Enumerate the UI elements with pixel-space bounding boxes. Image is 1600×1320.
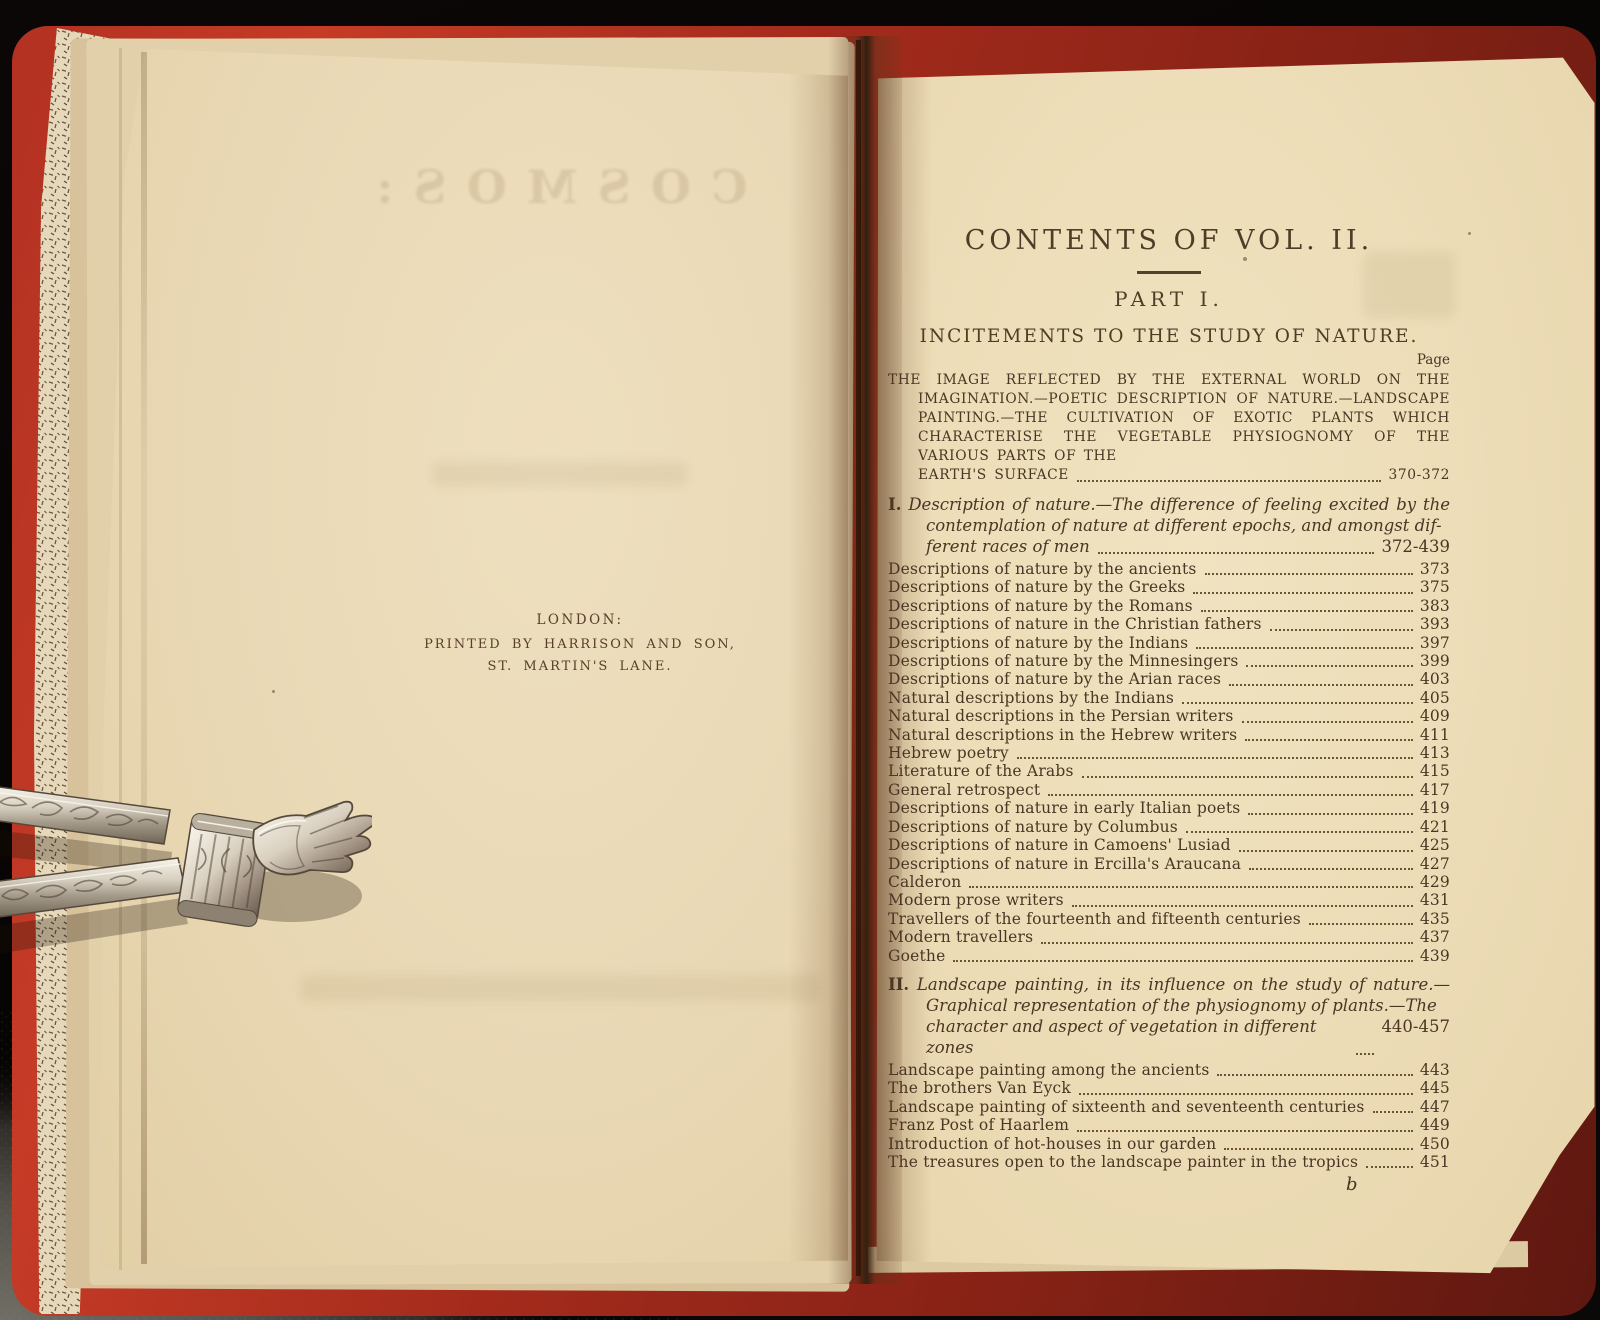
toc-entry-label: Descriptions of nature by the ancients bbox=[888, 560, 1197, 578]
toc-entry-row: Franz Post of Haarlem449 bbox=[888, 1116, 1450, 1134]
toc-section-tail: ferent races of men bbox=[926, 536, 1090, 557]
foxing-speck bbox=[272, 690, 275, 693]
toc-entry-row: Descriptions of nature in the Christian … bbox=[888, 615, 1450, 633]
toc-entry-label: Travellers of the fourteenth and fifteen… bbox=[888, 910, 1301, 928]
dot-leader bbox=[1239, 850, 1413, 852]
toc-entry-label: Goethe bbox=[888, 947, 945, 965]
dot-leader bbox=[1041, 942, 1413, 944]
toc-entry-row: Travellers of the fourteenth and fifteen… bbox=[888, 910, 1450, 928]
toc-entry-row: Calderon429 bbox=[888, 873, 1450, 891]
dot-leader bbox=[1182, 702, 1413, 704]
dot-leader bbox=[1245, 739, 1412, 741]
toc-entry-page: 383 bbox=[1420, 597, 1450, 615]
dot-leader bbox=[1373, 1111, 1413, 1113]
toc-entry-row: Landscape painting among the ancients443 bbox=[888, 1061, 1450, 1079]
dot-leader bbox=[1186, 831, 1413, 833]
toc-entry-label: Descriptions of nature by the Indians bbox=[888, 634, 1188, 652]
toc-entry-label: Descriptions of nature in the Christian … bbox=[888, 615, 1262, 633]
toc-entry-row: Descriptions of nature by Columbus421 bbox=[888, 818, 1450, 836]
dot-leader bbox=[1072, 905, 1413, 907]
toc-entry-row: Hebrew poetry413 bbox=[888, 744, 1450, 762]
dot-leader bbox=[1196, 647, 1412, 649]
bleedthrough-band bbox=[300, 975, 820, 1001]
dot-leader bbox=[1193, 592, 1412, 594]
dot-leader bbox=[1356, 1053, 1374, 1055]
toc-entry-page: 450 bbox=[1420, 1135, 1450, 1153]
dot-leader bbox=[1098, 552, 1375, 554]
toc-entry-page: 415 bbox=[1420, 762, 1450, 780]
toc-entry-page: 429 bbox=[1420, 873, 1450, 891]
toc-entry-row: Descriptions of nature by the Greeks375 bbox=[888, 578, 1450, 596]
part-subtitle: INCITEMENTS TO THE STUDY OF NATURE. bbox=[888, 326, 1450, 347]
toc-entry-page: 449 bbox=[1420, 1116, 1450, 1134]
toc-entry-page: 397 bbox=[1420, 634, 1450, 652]
toc-section-heading: II. Landscape painting, in its influence… bbox=[888, 974, 1450, 1016]
toc-section-heading: I. Description of nature.—The difference… bbox=[888, 494, 1450, 536]
toc-intro-tail-row: EARTH'S SURFACE 370-372 bbox=[888, 466, 1450, 485]
toc-entry-row: Modern prose writers431 bbox=[888, 891, 1450, 909]
toc-entry-label: Natural descriptions by the Indians bbox=[888, 689, 1174, 707]
toc-entry-row: Literature of the Arabs415 bbox=[888, 762, 1450, 780]
toc-entry-page: 393 bbox=[1420, 615, 1450, 633]
toc-section-tail-row: ferent races of men372-439 bbox=[888, 536, 1450, 557]
toc-entry-label: Descriptions of nature in early Italian … bbox=[888, 799, 1240, 817]
dot-leader bbox=[1249, 868, 1413, 870]
toc-entry-label: Hebrew poetry bbox=[888, 744, 1009, 762]
toc-entry-page: 451 bbox=[1420, 1153, 1450, 1171]
toc-entry-row: Introduction of hot-houses in our garden… bbox=[888, 1135, 1450, 1153]
toc-entry-row: Descriptions of nature by the Arian race… bbox=[888, 670, 1450, 688]
dot-leader bbox=[969, 886, 1412, 888]
dot-leader bbox=[1201, 610, 1413, 612]
toc-intro-body: THE IMAGE REFLECTED BY THE EXTERNAL WORL… bbox=[888, 371, 1450, 466]
toc-entry-row: Descriptions of nature by the ancients37… bbox=[888, 560, 1450, 578]
toc-entry-label: Landscape painting among the ancients bbox=[888, 1061, 1209, 1079]
toc-entry-row: Descriptions of nature by the Indians397 bbox=[888, 634, 1450, 652]
dot-leader bbox=[1017, 757, 1413, 759]
dot-leader bbox=[1248, 813, 1412, 815]
dot-leader bbox=[1270, 629, 1413, 631]
toc-entry-row: Natural descriptions in the Persian writ… bbox=[888, 707, 1450, 725]
toc-entry-page: 447 bbox=[1420, 1098, 1450, 1116]
contents-column: CONTENTS OF VOL. II. PART I. INCITEMENTS… bbox=[888, 225, 1450, 1195]
toc-entry-label: Descriptions of nature by the Romans bbox=[888, 597, 1193, 615]
toc-page-range: 370-372 bbox=[1388, 466, 1450, 485]
toc-entry-page: 427 bbox=[1420, 855, 1450, 873]
toc-entry-page: 431 bbox=[1420, 891, 1450, 909]
dot-leader bbox=[1229, 684, 1413, 686]
toc-entry-label: The treasures open to the landscape pain… bbox=[888, 1153, 1358, 1171]
dot-leader bbox=[1242, 721, 1413, 723]
dot-leader bbox=[1205, 573, 1413, 575]
toc-entry-label: Descriptions of nature in Camoens' Lusia… bbox=[888, 836, 1231, 854]
toc-entry-page: 437 bbox=[1420, 928, 1450, 946]
toc-entry-row: Goethe439 bbox=[888, 947, 1450, 965]
toc-intro-entry: THE IMAGE REFLECTED BY THE EXTERNAL WORL… bbox=[888, 371, 1450, 485]
toc-entry-page: 399 bbox=[1420, 652, 1450, 670]
toc-entry-label: Modern prose writers bbox=[888, 891, 1064, 909]
toc-entry-row: Natural descriptions in the Hebrew write… bbox=[888, 726, 1450, 744]
toc-entry-row: Descriptions of nature by the Romans383 bbox=[888, 597, 1450, 615]
imprint-city: LONDON: bbox=[400, 612, 760, 628]
toc-entry-page: 373 bbox=[1420, 560, 1450, 578]
toc-sections: I. Description of nature.—The difference… bbox=[888, 494, 1450, 1171]
foxing-speck bbox=[1468, 232, 1471, 235]
photo-of-open-book: COSMOS: LONDON: PRINTED BY HARRISON AND … bbox=[0, 0, 1600, 1320]
dot-leader bbox=[1048, 794, 1412, 796]
toc-section-body: Description of nature.—The difference of… bbox=[908, 495, 1450, 535]
toc-entry-label: Descriptions of nature by the Greeks bbox=[888, 578, 1185, 596]
toc-entry-page: 405 bbox=[1420, 689, 1450, 707]
toc-entry-row: Descriptions of nature in early Italian … bbox=[888, 799, 1450, 817]
dot-leader bbox=[1082, 776, 1413, 778]
toc-entry-page: 413 bbox=[1420, 744, 1450, 762]
toc-entry-label: Modern travellers bbox=[888, 928, 1033, 946]
toc-intro-tail: EARTH'S SURFACE bbox=[918, 466, 1069, 485]
toc-entry-page: 421 bbox=[1420, 818, 1450, 836]
bleedthrough-band bbox=[432, 462, 687, 486]
dot-leader bbox=[1079, 1093, 1413, 1095]
dot-leader bbox=[1246, 665, 1412, 667]
gutter-line bbox=[856, 40, 861, 1276]
dot-leader bbox=[1077, 480, 1381, 482]
toc-entry-page: 403 bbox=[1420, 670, 1450, 688]
toc-page-range: 372-439 bbox=[1381, 536, 1450, 557]
imprint-address: ST. MARTIN'S LANE. bbox=[400, 659, 760, 674]
toc-entry-label: Landscape painting of sixteenth and seve… bbox=[888, 1098, 1365, 1116]
part-heading: PART I. bbox=[888, 287, 1450, 311]
toc-entry-row: The brothers Van Eyck445 bbox=[888, 1079, 1450, 1097]
contents-title: CONTENTS OF VOL. II. bbox=[888, 225, 1450, 256]
toc-entry-page: 417 bbox=[1420, 781, 1450, 799]
toc-entry-page: 443 bbox=[1420, 1061, 1450, 1079]
toc-entry-page: 409 bbox=[1420, 707, 1450, 725]
toc-entry-label: Descriptions of nature in Ercilla's Arau… bbox=[888, 855, 1241, 873]
signature-mark: b bbox=[888, 1174, 1450, 1195]
toc-entry-label: Descriptions of nature by Columbus bbox=[888, 818, 1178, 836]
bleedthrough-title-cosmos: COSMOS: bbox=[352, 160, 752, 214]
title-rule bbox=[1137, 271, 1201, 274]
toc-entry-label: Calderon bbox=[888, 873, 961, 891]
clasp-hand-icon bbox=[253, 802, 372, 875]
toc-entry-row: Descriptions of nature by the Minnesinge… bbox=[888, 652, 1450, 670]
dot-leader bbox=[1309, 923, 1413, 925]
toc-entry-row: Landscape painting of sixteenth and seve… bbox=[888, 1098, 1450, 1116]
dot-leader bbox=[1366, 1166, 1413, 1168]
toc-section-number: II. bbox=[888, 975, 909, 994]
toc-entry-label: Introduction of hot-houses in our garden bbox=[888, 1135, 1216, 1153]
toc-section-body: Landscape painting, in its influence on … bbox=[917, 975, 1450, 1015]
toc-page-range: 440-457 bbox=[1381, 1016, 1450, 1058]
toc-entry-page: 435 bbox=[1420, 910, 1450, 928]
toc-section-tail-row: character and aspect of vegetation in di… bbox=[888, 1016, 1450, 1058]
dot-leader bbox=[953, 960, 1412, 962]
toc-entry-page: 411 bbox=[1420, 726, 1450, 744]
toc-entry-row: Descriptions of nature in Camoens' Lusia… bbox=[888, 836, 1450, 854]
toc-section-number: I. bbox=[888, 495, 901, 514]
dot-leader bbox=[1077, 1130, 1413, 1132]
printer-imprint: LONDON: PRINTED BY HARRISON AND SON, ST.… bbox=[400, 612, 760, 674]
toc-entry-page: 375 bbox=[1420, 578, 1450, 596]
toc-entry-row: Descriptions of nature in Ercilla's Arau… bbox=[888, 855, 1450, 873]
toc-entry-page: 425 bbox=[1420, 836, 1450, 854]
toc-entry-label: Literature of the Arabs bbox=[888, 762, 1074, 780]
toc-entry-label: Franz Post of Haarlem bbox=[888, 1116, 1069, 1134]
toc-entry-label: Natural descriptions in the Hebrew write… bbox=[888, 726, 1237, 744]
page-column-label: Page bbox=[888, 352, 1450, 368]
toc-entry-label: The brothers Van Eyck bbox=[888, 1079, 1071, 1097]
toc-entry-label: Natural descriptions in the Persian writ… bbox=[888, 707, 1234, 725]
toc-entry-label: Descriptions of nature by the Minnesinge… bbox=[888, 652, 1238, 670]
toc-entry-page: 419 bbox=[1420, 799, 1450, 817]
dot-leader bbox=[1217, 1074, 1412, 1076]
toc-entry-row: The treasures open to the landscape pain… bbox=[888, 1153, 1450, 1171]
clasp-bookmark bbox=[0, 756, 372, 1092]
imprint-printer: PRINTED BY HARRISON AND SON, bbox=[400, 637, 760, 652]
toc-entry-page: 439 bbox=[1420, 947, 1450, 965]
toc-section-tail: character and aspect of vegetation in di… bbox=[926, 1016, 1348, 1058]
toc-entry-row: Modern travellers437 bbox=[888, 928, 1450, 946]
toc-section: II. Landscape painting, in its influence… bbox=[888, 974, 1450, 1171]
toc-entry-page: 445 bbox=[1420, 1079, 1450, 1097]
toc-section: I. Description of nature.—The difference… bbox=[888, 494, 1450, 965]
dot-leader bbox=[1224, 1148, 1412, 1150]
toc-entry-row: General retrospect417 bbox=[888, 781, 1450, 799]
foxing-speck bbox=[1243, 257, 1247, 261]
toc-entry-label: General retrospect bbox=[888, 781, 1040, 799]
toc-entry-row: Natural descriptions by the Indians405 bbox=[888, 689, 1450, 707]
toc-entry-label: Descriptions of nature by the Arian race… bbox=[888, 670, 1221, 688]
